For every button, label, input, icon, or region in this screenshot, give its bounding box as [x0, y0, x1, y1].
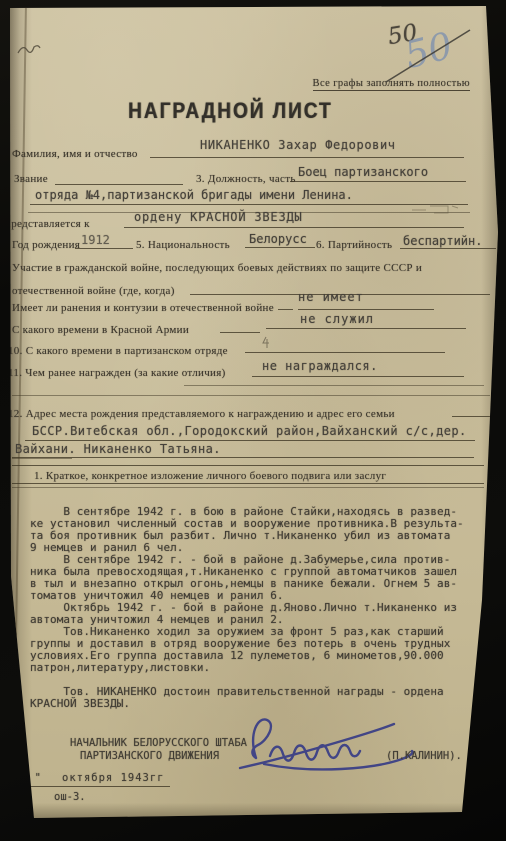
field-position-label: 3. Должность, часть: [196, 173, 296, 185]
page-right-edge-shadow: [476, 6, 502, 818]
field-wounds-label: Имеет ли ранения и контузии в отечествен…: [12, 302, 274, 314]
field-civil-war-label-1: Участие в гражданской войне, последующих…: [12, 262, 474, 274]
field-position-value-1: Боец партизанского: [298, 165, 428, 179]
field-wounds-line-a: [278, 309, 293, 310]
document-title: НАГРАДНОЙ ЛИСТ: [128, 99, 332, 125]
field-name-label: Фамилия, имя и отчество: [12, 148, 138, 160]
field-name-value: НИКАНЕНКО Захар Федорович: [200, 138, 396, 152]
field-partisan-line: [245, 352, 445, 353]
field-awards-value: не награждался.: [262, 359, 378, 373]
field-red-army-value: не служил: [300, 312, 374, 326]
signer-name: (П.КАЛИНИН).: [386, 750, 462, 762]
field-awards-line: [252, 376, 464, 377]
merit-rule-top-b: [12, 465, 484, 466]
date-quotes: " ": [22, 772, 41, 784]
corner-scribble-mark: [16, 42, 42, 58]
field-address-label: 12. Адрес места рождения представляемого…: [8, 408, 395, 420]
pencil-scribble-mark: [410, 198, 458, 216]
field-nominated-label: Представляется к: [4, 218, 90, 230]
field-rank-line: [55, 184, 183, 185]
field-wounds-value: не имеет: [298, 290, 364, 304]
field-partisan-label: 10. С какого времени в партизанском отря…: [8, 345, 228, 357]
small-pencil-mark: [260, 336, 272, 350]
field-position-line-1: [290, 181, 466, 182]
date-line: [20, 786, 170, 787]
merit-rule-top-a: [12, 458, 72, 459]
field-address-line-0: [452, 416, 494, 417]
field-red-army-line-a: [220, 332, 260, 333]
date-value: октября 1943гг: [62, 772, 165, 784]
field-wounds-line-b: [298, 309, 434, 310]
field-address-line-2: [12, 457, 474, 458]
field-nationality-label: 5. Национальность: [136, 239, 230, 251]
field-address-line-1: [25, 440, 475, 441]
separator-line-2a: [184, 385, 484, 386]
merit-section-header: 1. Краткое, конкретное изложение личного…: [34, 470, 386, 482]
field-nationality-line: [245, 247, 315, 248]
field-nominated-value: ордену КРАСНОЙ ЗВЕЗДЫ: [134, 210, 303, 224]
award-sheet-page: 50 50 Все графы заполнять полностью НАГР…: [4, 6, 502, 818]
merit-body-text: В сентябре 1942 г. в бою в районе Стайки…: [30, 506, 482, 710]
signer-title-line2: ПАРТИЗАНСКОГО ДВИЖЕНИЯ: [80, 750, 219, 762]
field-birth-year-line: [75, 248, 133, 249]
field-rank-label: Звание: [14, 173, 48, 185]
field-nationality-value: Белорусс: [249, 232, 307, 246]
merit-rule-bottom-b: [12, 487, 484, 488]
field-party-value: беспартийн.: [403, 234, 482, 248]
field-name-line: [150, 157, 464, 158]
field-civil-war-label-2: отечественной войне (где, когда): [12, 285, 175, 297]
field-awards-label: 11. Чем ранее награжден (за какие отличи…: [8, 367, 226, 379]
scan-background: 50 50 Все графы заполнять полностью НАГР…: [0, 0, 506, 841]
separator-line-2b: [12, 395, 490, 396]
field-birth-year-value: 1912: [81, 233, 110, 247]
fill-all-fields-note: Все графы заполнять полностью: [313, 78, 470, 91]
field-position-line-2: [30, 204, 468, 205]
field-red-army-label: С какого времени в Красной Армии: [12, 324, 189, 336]
field-address-value-1: БССР.Витебская обл.,Городокский район,Ва…: [32, 424, 467, 438]
field-birth-year-label: Год рождения: [12, 239, 80, 251]
field-party-line: [400, 248, 496, 249]
field-red-army-line-b: [266, 328, 466, 329]
field-position-value-2: отряда №4,партизанской бригады имени Лен…: [35, 188, 353, 202]
strikethrough-mark: [382, 24, 474, 86]
file-code: ош-3.: [54, 791, 86, 803]
merit-rule-bottom-a: [12, 483, 484, 484]
field-address-value-2: Вайхани. Никаненко Татьяна.: [15, 442, 221, 456]
handwritten-signature: [234, 706, 444, 778]
field-party-label: 6. Партийность: [316, 239, 392, 251]
signer-title-line1: НАЧАЛЬНИК БЕЛОРУССКОГО ШТАБА: [70, 737, 247, 749]
field-nominated-line: [124, 227, 464, 228]
